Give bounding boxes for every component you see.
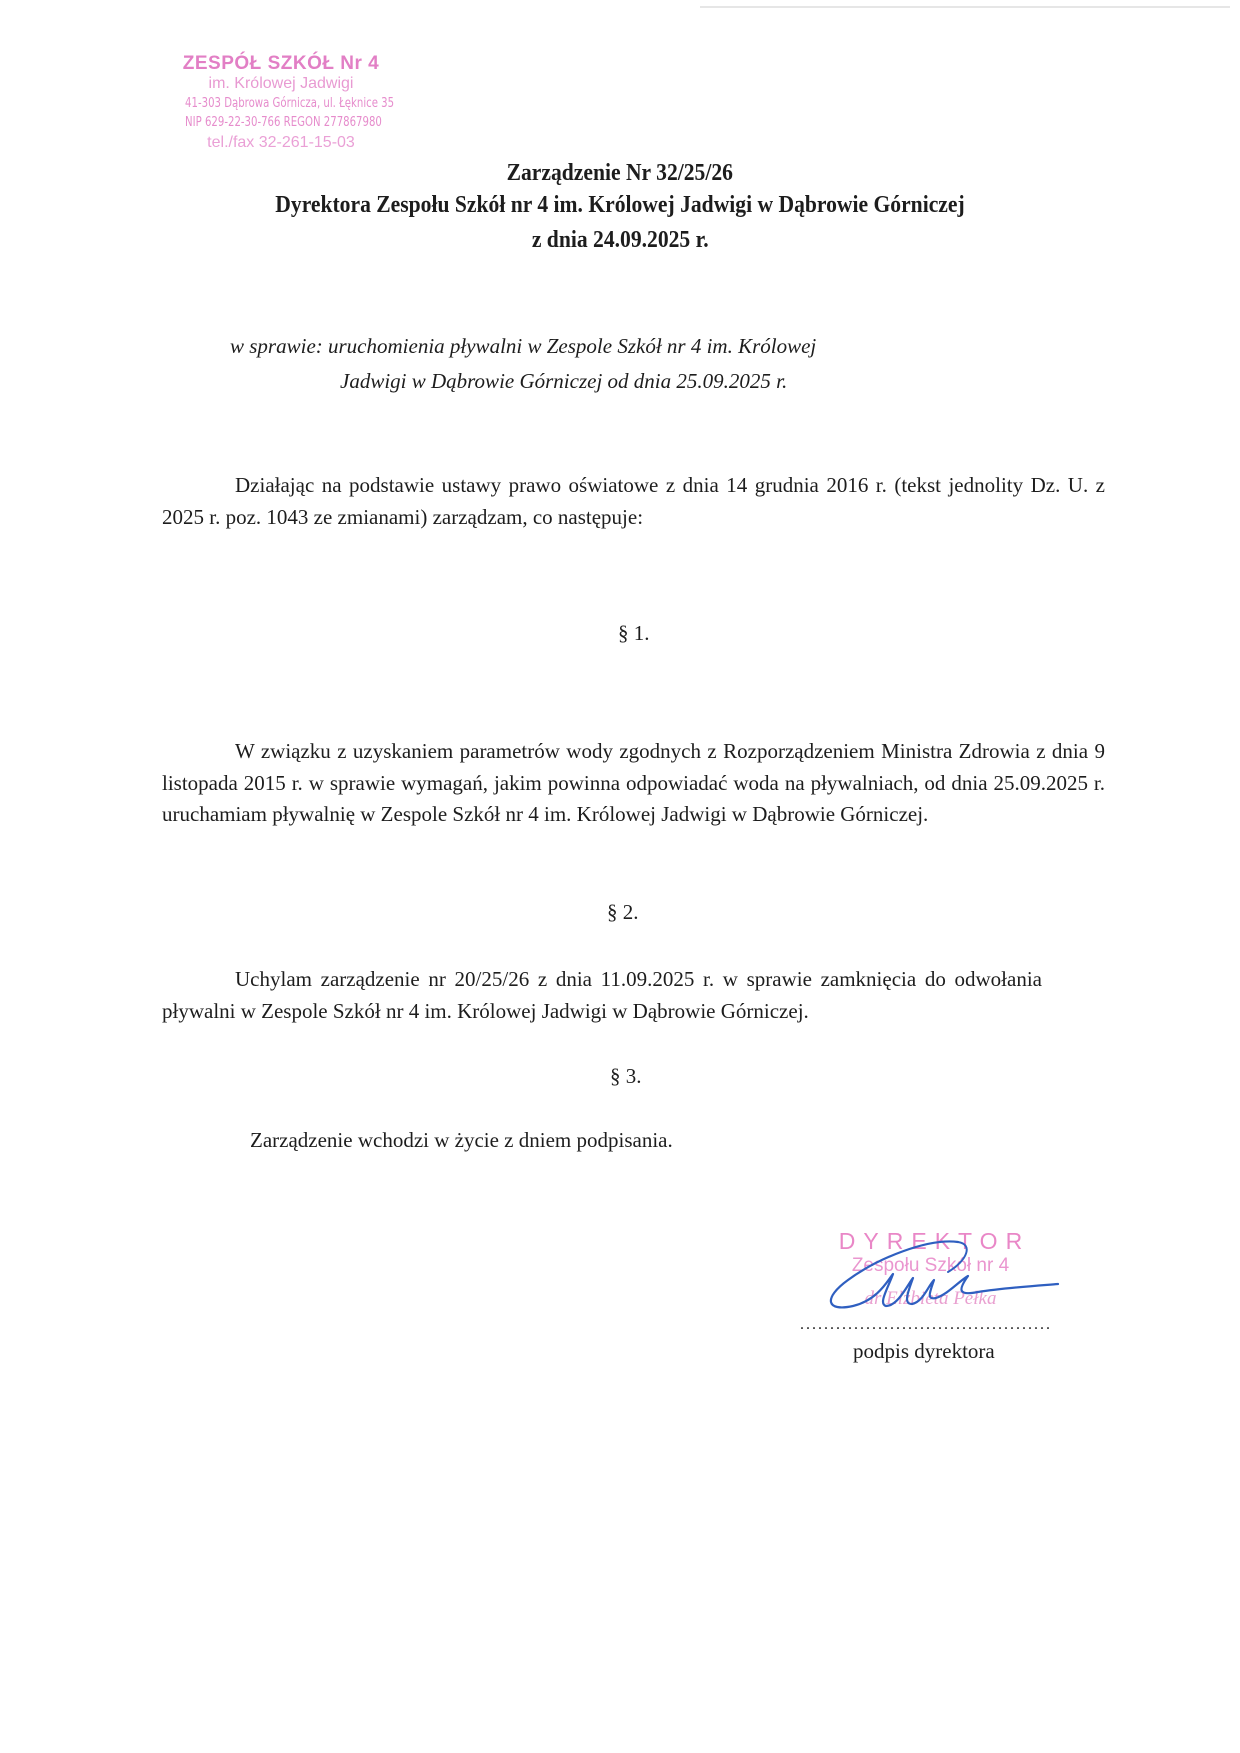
- section-3-paragraph: Zarządzenie wchodzi w życie z dniem podp…: [250, 1125, 950, 1157]
- subject-line-1: w sprawie: uruchomienia pływalni w Zespo…: [230, 334, 816, 359]
- document-issuer: Dyrektora Zespołu Szkół nr 4 im. Królowe…: [0, 192, 1240, 219]
- section-1-text: W związku z uzyskaniem parametrów wody z…: [162, 739, 1105, 826]
- director-stamp-title: DYREKTOR: [818, 1228, 1043, 1254]
- section-1-paragraph: W związku z uzyskaniem parametrów wody z…: [162, 736, 1105, 831]
- stamp-nip-regon: NIP 629-22-30-766 REGON 277867980: [185, 113, 377, 132]
- stamp-phone: tel./fax 32-261-15-03: [158, 132, 404, 153]
- stamp-school-name: ZESPÓŁ SZKÓŁ Nr 4: [158, 54, 404, 74]
- preamble-text: Działając na podstawie ustawy prawo oświ…: [162, 473, 1105, 529]
- director-stamp-org: Zespołu Szkół nr 4: [818, 1254, 1043, 1278]
- preamble-paragraph: Działając na podstawie ustawy prawo oświ…: [162, 470, 1105, 533]
- document-issuer-text: Dyrektora Zespołu Szkół nr 4 im. Królowe…: [275, 192, 964, 219]
- stamp-patron: im. Królowej Jadwigi: [158, 74, 404, 94]
- subject-line-2: Jadwigi w Dąbrowie Górniczej od dnia 25.…: [340, 369, 787, 394]
- document-title: Zarządzenie Nr 32/25/26: [0, 160, 1240, 187]
- scan-edge-line: [700, 6, 1230, 8]
- signature-dotted-line: ........................................…: [800, 1316, 1082, 1334]
- stamp-address: 41-303 Dąbrowa Górnicza, ul. Łęknice 35: [185, 94, 377, 113]
- section-mark-1: § 1.: [618, 621, 650, 646]
- document-title-text: Zarządzenie Nr 32/25/26: [507, 160, 733, 187]
- director-stamp: DYREKTOR Zespołu Szkół nr 4 dr Elżbieta …: [818, 1228, 1043, 1312]
- school-stamp: ZESPÓŁ SZKÓŁ Nr 4 im. Królowej Jadwigi 4…: [158, 54, 404, 153]
- document-date: z dnia 24.09.2025 r.: [0, 227, 1240, 254]
- section-mark-3: § 3.: [610, 1064, 642, 1089]
- director-stamp-name: dr Elżbieta Pełka: [818, 1286, 1043, 1312]
- section-2-text: Uchylam zarządzenie nr 20/25/26 z dnia 1…: [162, 967, 1042, 1023]
- section-2-paragraph: Uchylam zarządzenie nr 20/25/26 z dnia 1…: [162, 964, 1042, 1027]
- signature-label: podpis dyrektora: [853, 1339, 995, 1364]
- section-mark-2: § 2.: [607, 900, 639, 925]
- document-date-text: z dnia 24.09.2025 r.: [532, 227, 709, 254]
- document-page: ZESPÓŁ SZKÓŁ Nr 4 im. Królowej Jadwigi 4…: [0, 0, 1240, 1753]
